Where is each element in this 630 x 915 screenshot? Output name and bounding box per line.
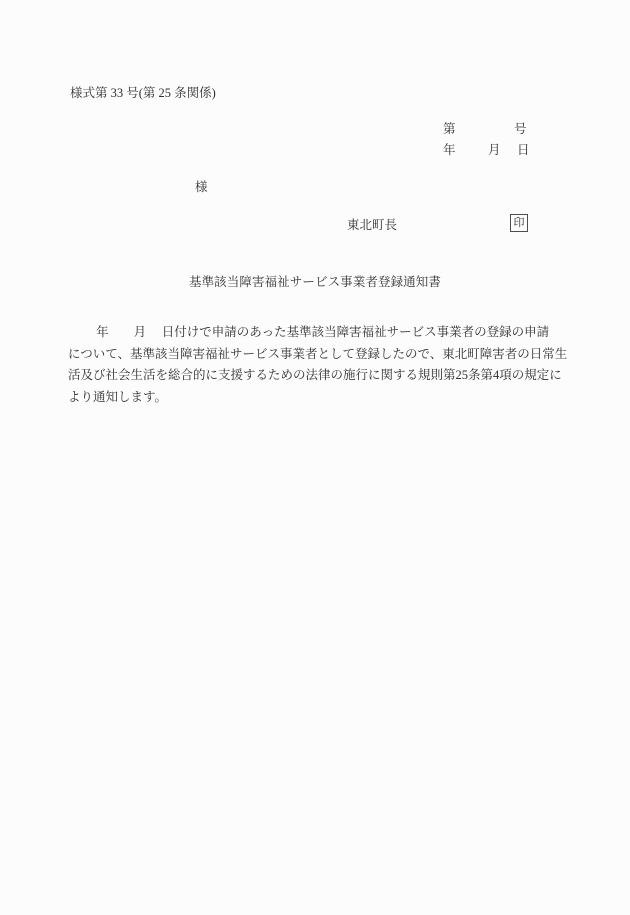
body-line-1: 年 月 日付けで申請のあった基準該当障害福祉サービス事業者の登録の申請	[68, 322, 573, 344]
sender-title: 東北町長	[347, 215, 397, 233]
addressee-honorific: 様	[195, 177, 208, 195]
form-number: 様式第 33 号(第 25 条関係)	[70, 83, 216, 101]
seal-placeholder: 印	[510, 214, 528, 232]
body-line-2: について、基準該当障害福祉サービス事業者として登録したので、東北町障害者の日常生	[68, 344, 573, 366]
document-page: 様式第 33 号(第 25 条関係) 第 号 年 月 日 様 東北町長 印 基準…	[0, 0, 630, 915]
body-line-4: より通知します。	[68, 387, 573, 409]
document-number-prefix: 第	[443, 119, 456, 137]
document-title: 基準該当障害福祉サービス事業者登録通知書	[0, 272, 630, 290]
body-line-3: 活及び社会生活を総合的に支援するための法律の施行に関する規則第25条第4項の規定…	[68, 365, 573, 387]
date-year-label: 年	[443, 140, 456, 158]
date-month-label: 月	[488, 140, 501, 158]
body-paragraph: 年 月 日付けで申請のあった基準該当障害福祉サービス事業者の登録の申請 について…	[68, 322, 573, 408]
document-number-suffix: 号	[514, 119, 527, 137]
date-day-label: 日	[517, 140, 530, 158]
